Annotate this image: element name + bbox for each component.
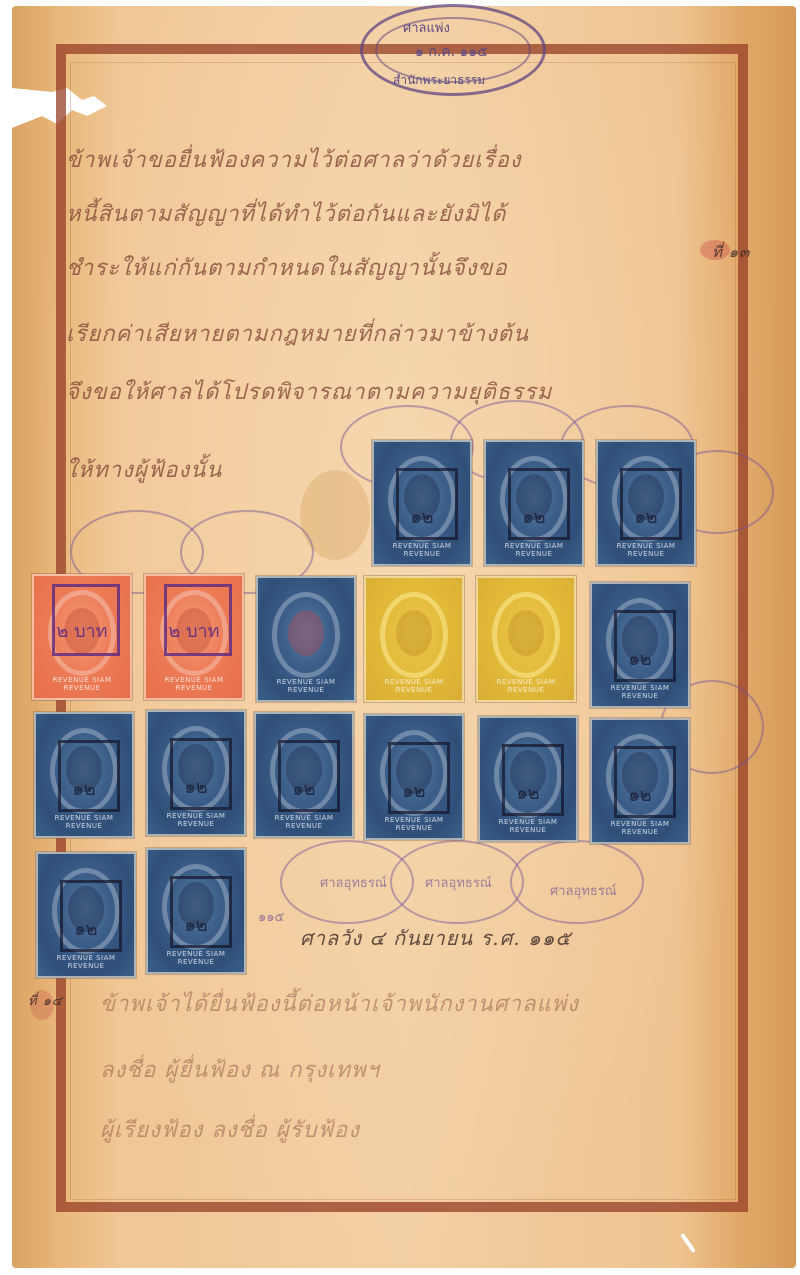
revenue-stamp-blue: ๑๒REVENUE SIAM REVENUE [478,716,578,842]
revenue-stamp-blue: ๑๒REVENUE SIAM REVENUE [364,714,464,840]
revenue-stamp-blue: ๑๒REVENUE SIAM REVENUE [590,582,690,708]
margin-note-right: ที่ ๑๓ [712,240,750,264]
seal-date: ๑ ก.ค. ๑๑๕ [415,41,488,63]
date-line: ศาลวัง ๔ กันยายน ร.ศ. ๑๑๕ [300,922,572,954]
handwritten-line: หนี้สินตามสัญญาที่ได้ทำไว้ต่อกันและยังมิ… [66,196,506,231]
footer-line: ลงชื่อ ผู้ยื่นฟ้อง ณ กรุงเทพฯ [100,1052,380,1087]
postmark-year: ๑๑๕ [258,906,284,927]
revenue-stamp-yellow: REVENUE SIAM REVENUE [364,576,464,702]
handwritten-line: ให้ทางผู้ฟ้องนั้น [66,452,222,487]
revenue-stamp-blue: ๑๒REVENUE SIAM REVENUE [146,848,246,974]
handwritten-line: จึงขอให้ศาลได้โปรดพิจารณาตามความยุติธรรม [66,374,552,409]
revenue-stamp-blue: ๑๒REVENUE SIAM REVENUE [146,710,246,836]
postmark-text: ศาลอุทธรณ์ [550,880,617,901]
handwritten-line: ชำระให้แก่กันตามกำหนดในสัญญานั้นจึงขอ [66,250,508,285]
handwritten-line: ข้าพเจ้าขอยื่นฟ้องความไว้ต่อศาลว่าด้วยเร… [66,142,522,177]
revenue-stamp-red: ๒ บาทREVENUE SIAM REVENUE [144,574,244,700]
postmark-text: ศาลอุทธรณ์ [425,872,492,893]
revenue-stamp-blue: ๑๒REVENUE SIAM REVENUE [596,440,696,566]
footer-line: ข้าพเจ้าได้ยื่นฟ้องนี้ต่อหน้าเจ้าพนักงาน… [100,986,579,1021]
revenue-stamp-yellow: REVENUE SIAM REVENUE [476,576,576,702]
official-seal-top: ศาลแพ่ง ๑ ก.ค. ๑๑๕ สำนักพระยาธรรม [360,4,546,96]
revenue-stamp-blue: ๑๒REVENUE SIAM REVENUE [484,440,584,566]
seal-text-top: ศาลแพ่ง [403,17,450,38]
postmark-text: ศาลอุทธรณ์ [320,872,387,893]
margin-note-left: ที่ ๑๔ [28,990,63,1011]
footer-line: ผู้เรียงฟ้อง ลงชื่อ ผู้รับฟ้อง [100,1112,360,1147]
revenue-stamp-red: ๒ บาทREVENUE SIAM REVENUE [32,574,132,700]
revenue-stamp-blue: ๑๒REVENUE SIAM REVENUE [36,852,136,978]
revenue-stamp-blue-portrait: REVENUE SIAM REVENUE [256,576,356,702]
revenue-stamp-blue: ๑๒REVENUE SIAM REVENUE [254,712,354,838]
seal-text-bottom: สำนักพระยาธรรม [393,71,485,90]
revenue-stamp-blue: ๑๒REVENUE SIAM REVENUE [590,718,690,844]
revenue-stamp-blue: ๑๒REVENUE SIAM REVENUE [34,712,134,838]
revenue-stamp-blue: ๑๒REVENUE SIAM REVENUE [372,440,472,566]
handwritten-line: เรียกค่าเสียหายตามกฎหมายที่กล่าวมาข้างต้… [66,316,529,351]
